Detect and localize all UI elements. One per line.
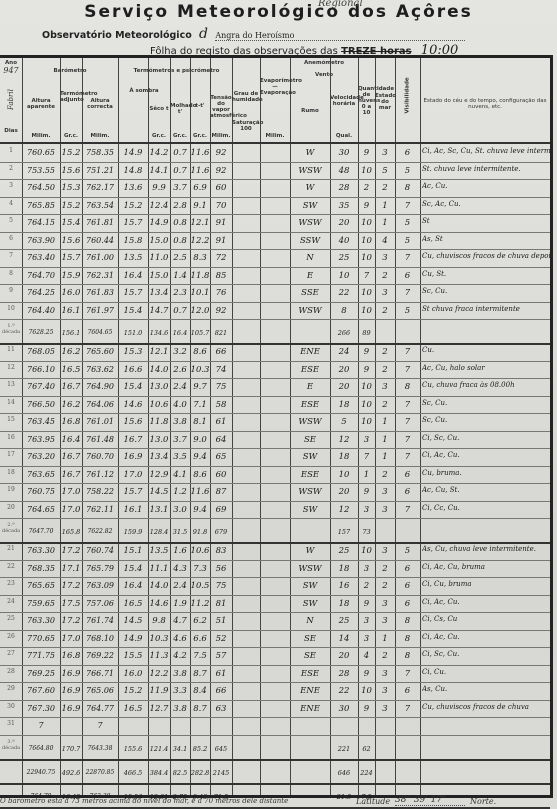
col-month: Fabril (8, 92, 14, 110)
weather-remark: Cu, chuviscos fracos de chuva depois das… (422, 252, 550, 260)
cell-seco: 14.5 (118, 616, 148, 626)
cell-seco: 15.7 (118, 288, 148, 298)
cell-vel: 221 (330, 745, 358, 753)
cell-molh: 11.3 (148, 651, 170, 661)
day-label: 2.ª década (2, 522, 20, 534)
cell-hum: 2145 (210, 769, 232, 777)
cell-term: 165.8 (60, 528, 82, 536)
unit-milim: Milim. (260, 133, 290, 139)
cell-neb: 10 (358, 417, 375, 427)
cell-neb: 7 (358, 452, 375, 462)
row-divider (0, 783, 550, 785)
cell-vel: 10 (330, 271, 358, 281)
cell-dif: 2.8 (170, 201, 190, 211)
cell-mar: 3 (375, 148, 395, 158)
cell-tens: 8.7 (190, 704, 210, 714)
cell-hum: 61 (210, 669, 232, 679)
row-divider (0, 431, 550, 432)
cell-alt: 760.75 (22, 487, 60, 496)
weather-remark: As, Cu. (422, 685, 550, 693)
cell-vis: 7 (395, 417, 420, 427)
day-label: 12 (2, 365, 20, 371)
cell-dif: 0.8 (170, 218, 190, 228)
cell-mar: 3 (375, 505, 395, 515)
cell-vel: 20 (330, 651, 358, 661)
row-divider (0, 232, 550, 233)
cell-term: 17.0 (60, 505, 82, 515)
cell-alt: 764.25 (22, 288, 60, 297)
cell-seco: 16.0 (118, 669, 148, 679)
cell-term: 16.5 (60, 365, 82, 375)
cell-rumo: E (290, 271, 330, 281)
cell-term: 16.0 (60, 288, 82, 298)
cell-term: 17.2 (60, 581, 82, 591)
observatory-prep: d (199, 26, 208, 42)
cell-molh: 15.0 (148, 271, 170, 281)
cell-neb: 10 (358, 306, 375, 316)
cell-vis: 5 (395, 306, 420, 316)
weather-remark: Ci, Ac, Cu. (422, 451, 550, 459)
cell-alt: 763.45 (22, 417, 60, 426)
cell-molh: 13.5 (148, 546, 170, 556)
cell-seco: 15.1 (118, 546, 148, 556)
day-label: 5 (2, 218, 20, 224)
footer-note: O barómetro está a 73 metros acima do ní… (0, 797, 288, 805)
observatory-label: Observatório Meteorológico (42, 30, 192, 41)
cell-rumo: SSW (290, 236, 330, 246)
weather-remark: As, St (422, 235, 550, 243)
cell-molh: 384.4 (148, 769, 170, 777)
latitude-value: 38° 39' 17" (395, 795, 465, 806)
cell-alt: 765.85 (22, 201, 60, 210)
weather-remark: Cu, chuviscos fracos de chuva (422, 703, 550, 711)
cell-tens: 7.5 (190, 651, 210, 661)
cell-dif: 4.2 (170, 651, 190, 661)
cell-hum: 92 (210, 148, 232, 158)
cell-mar: 2 (375, 183, 395, 193)
observatory-place: Angra do Heroísmo (215, 31, 465, 41)
cell-tens: 282.8 (190, 769, 210, 777)
row-divider (0, 560, 550, 561)
cell-hum: 65 (210, 452, 232, 462)
cell-term: 17.0 (60, 487, 82, 497)
cell-mar: 2 (375, 271, 395, 281)
cell-vel: 40 (330, 236, 358, 246)
cell-mar: 3 (375, 669, 395, 679)
row-divider (0, 319, 550, 320)
cell-rumo: N (290, 253, 330, 263)
day-label: 20 (2, 505, 20, 511)
cell-dif: 3.2 (170, 347, 190, 357)
row-divider (0, 378, 550, 379)
cell-corr: 7643.38 (82, 745, 118, 752)
cell-seco: 14.9 (118, 148, 148, 158)
cell-neb: 2 (358, 581, 375, 591)
cell-neb: 224 (358, 769, 375, 777)
column-divider (260, 58, 261, 795)
cell-term: 17.2 (60, 616, 82, 626)
cell-alt: 753.55 (22, 166, 60, 175)
cell-hum: 64 (210, 435, 232, 445)
cell-dif: 3.8 (170, 669, 190, 679)
cell-mar: 1 (375, 452, 395, 462)
cell-dif: 2.4 (170, 581, 190, 591)
cell-vis: 5 (395, 546, 420, 556)
cell-seco: 16.9 (118, 452, 148, 462)
column-divider (232, 58, 233, 795)
cell-seco: 15.8 (118, 236, 148, 246)
cell-alt: 763.30 (22, 616, 60, 625)
cell-term: 15.2 (60, 148, 82, 158)
cell-tens: 8.3 (190, 253, 210, 263)
cell-corr: 761.01 (82, 417, 118, 426)
cell-tens: 9.0 (190, 435, 210, 445)
col-a-sombra: À sombra (118, 88, 170, 94)
cell-tens: 8.4 (190, 686, 210, 696)
cell-alt: 763.65 (22, 470, 60, 479)
cell-dif: 3.5 (170, 452, 190, 462)
unit-grc: Gr.c. (170, 133, 190, 139)
cell-molh: 11.8 (148, 417, 170, 427)
cell-corr: 763.62 (82, 365, 118, 374)
cell-mar: 1 (375, 634, 395, 644)
cell-mar: 2 (375, 651, 395, 661)
cell-vis: 5 (395, 218, 420, 228)
weather-remark: St (422, 217, 550, 225)
cell-hum: 645 (210, 745, 232, 753)
cell-tens: 6.9 (190, 183, 210, 193)
cell-term: 156.1 (60, 329, 82, 337)
cell-molh: 14.5 (148, 487, 170, 497)
cell-rumo: SE (290, 651, 330, 661)
cell-corr: 758.35 (82, 148, 118, 157)
day-label: 29 (2, 686, 20, 692)
row-divider (0, 665, 550, 666)
day-label: 19 (2, 487, 20, 493)
cell-seco: 13.6 (118, 183, 148, 193)
cell-vis: 7 (395, 365, 420, 375)
latitude-suffix: Norte. (470, 797, 496, 806)
cell-hum: 72 (210, 253, 232, 263)
cell-mar: 1 (375, 218, 395, 228)
cell-rumo: ENE (290, 686, 330, 696)
cell-dif: 1.6 (170, 546, 190, 556)
cell-rumo: SSE (290, 288, 330, 298)
cell-rumo: ESE (290, 470, 330, 480)
weather-remark: St. chuva leve intermitente. (422, 165, 550, 173)
day-label: 8 (2, 271, 20, 277)
cell-neb: 9 (358, 599, 375, 609)
cell-alt: 764.70 (22, 271, 60, 280)
cell-neb: 7 (358, 271, 375, 281)
row-divider (0, 413, 550, 414)
cell-seco: 16.1 (118, 505, 148, 515)
cell-neb: 3 (358, 634, 375, 644)
cell-rumo: ENE (290, 347, 330, 357)
cell-rumo: WSW (290, 564, 330, 574)
cell-neb: 9 (358, 148, 375, 158)
cell-neb: 9 (358, 201, 375, 211)
cell-neb: 9 (358, 347, 375, 357)
row-divider (0, 162, 550, 163)
cell-vis: 8 (395, 382, 420, 392)
cell-tens: 9.4 (190, 452, 210, 462)
cell-vel: 24 (330, 347, 358, 357)
cell-rumo: E (290, 382, 330, 392)
cell-alt: 764.50 (22, 183, 60, 192)
day-label: 13 (2, 382, 20, 388)
cell-term: 16.9 (60, 704, 82, 714)
cell-term: 17.2 (60, 546, 82, 556)
cell-term: 17.0 (60, 634, 82, 644)
day-label: 2 (2, 166, 20, 172)
cell-dif: 16.4 (170, 329, 190, 337)
cell-rumo: WSW (290, 166, 330, 176)
cell-vel: 28 (330, 669, 358, 679)
cell-mar: 2 (375, 347, 395, 357)
weather-remark: Ci, Sc, Cu. (422, 650, 550, 658)
row-divider (0, 361, 550, 362)
cell-seco: 14.6 (118, 400, 148, 410)
cell-tens: 8.6 (190, 470, 210, 480)
cell-vel: 20 (330, 382, 358, 392)
cell-mar: 2 (375, 564, 395, 574)
weather-remark: As, Cu, chuva leve intermitente. (422, 545, 550, 553)
cell-molh: 14.0 (148, 365, 170, 375)
observation-sheet: Serviço Meteorológico dos Açôres Regiona… (0, 0, 557, 809)
row-divider (0, 682, 550, 683)
cell-tens: 10.1 (190, 288, 210, 298)
unit-milim: Milim. (210, 133, 232, 139)
cell-molh: 14.6 (148, 599, 170, 609)
cell-neb: 10 (358, 218, 375, 228)
cell-tens: 11.2 (190, 599, 210, 609)
cell-seco: 13.5 (118, 253, 148, 263)
cell-vel: 28 (330, 183, 358, 193)
cell-mar: 3 (375, 704, 395, 714)
weather-remark: Ci, Ac, Sc, Cu, St. chuva leve intermite… (422, 147, 550, 155)
row-divider (0, 249, 550, 250)
cell-neb: 1 (358, 470, 375, 480)
cell-vis: 5 (395, 166, 420, 176)
cell-alt: 768.35 (22, 564, 60, 573)
cell-alt: 764.65 (22, 505, 60, 514)
page-title: Serviço Meteorológico dos Açôres (0, 2, 557, 22)
cell-hum: 75 (210, 382, 232, 392)
cell-seco: 159.9 (118, 528, 148, 536)
cell-dif: 1.4 (170, 271, 190, 281)
row-divider (0, 483, 550, 484)
cell-molh: 13.4 (148, 288, 170, 298)
cell-rumo: W (290, 546, 330, 556)
cell-mar: 1 (375, 417, 395, 427)
cell-vel: 157 (330, 528, 358, 536)
row-divider (0, 396, 550, 397)
cell-tens: 85.2 (190, 745, 210, 753)
cell-alt: 767.40 (22, 382, 60, 391)
cell-alt: 7664.80 (22, 745, 60, 752)
cell-corr: 761.83 (82, 288, 118, 297)
cell-rumo: W (290, 183, 330, 193)
cell-dif: 4.0 (170, 400, 190, 410)
cell-tens: 6.2 (190, 616, 210, 626)
cell-hum: 56 (210, 564, 232, 574)
weather-remark: St chuva fraca intermitente (422, 305, 550, 313)
cell-vel: 20 (330, 487, 358, 497)
cell-hum: 74 (210, 365, 232, 375)
row-divider (0, 807, 550, 809)
cell-vis: 6 (395, 148, 420, 158)
cell-dif: 3.8 (170, 417, 190, 427)
cell-mar: 3 (375, 487, 395, 497)
unit-qual: Qual. (330, 133, 358, 139)
cell-neb: 10 (358, 400, 375, 410)
cell-corr: 761.81 (82, 218, 118, 227)
cell-hum: 83 (210, 546, 232, 556)
day-label: 15 (2, 417, 20, 423)
cell-vis: 7 (395, 505, 420, 515)
cell-molh: 15.0 (148, 236, 170, 246)
cell-vel: 48 (330, 166, 358, 176)
cell-tens: 91.8 (190, 528, 210, 536)
cell-vel: 18 (330, 400, 358, 410)
cell-mar: 1 (375, 435, 395, 445)
cell-tens: 8.7 (190, 669, 210, 679)
cell-vis: 8 (395, 616, 420, 626)
cell-molh: 14.9 (148, 218, 170, 228)
cell-hum: 52 (210, 634, 232, 644)
col-termometro-adjunto: Termómetro adjunto (60, 91, 82, 103)
cell-neb: 62 (358, 745, 375, 753)
cell-mar: 3 (375, 253, 395, 263)
cell-hum: 51 (210, 616, 232, 626)
cell-tens: 11.6 (190, 148, 210, 158)
cell-mar: 3 (375, 616, 395, 626)
cell-vel: 30 (330, 704, 358, 714)
unit-grc: Gr.c. (60, 133, 82, 139)
cell-alt: 766.50 (22, 400, 60, 409)
row-divider (0, 595, 550, 596)
cell-term: 15.4 (60, 218, 82, 228)
row-divider (0, 735, 550, 736)
col-mar: Estado do mar (375, 93, 395, 111)
day-label: 22 (2, 564, 20, 570)
cell-vis: 6 (395, 470, 420, 480)
cell-hum: 679 (210, 528, 232, 536)
day-label: 24 (2, 599, 20, 605)
cell-molh: 12.9 (148, 470, 170, 480)
cell-mar: 3 (375, 288, 395, 298)
observation-table: Ano947FabrilDiasBarómetroAltura aparente… (0, 55, 553, 798)
weather-remark: Ci, Ac, Cu. (422, 633, 550, 641)
cell-term: 16.1 (60, 306, 82, 316)
cell-neb: 9 (358, 704, 375, 714)
cell-corr: 762.17 (82, 183, 118, 192)
weather-remark: Ci, Cs, Cu (422, 615, 550, 623)
cell-hum: 63 (210, 704, 232, 714)
cell-corr: 757.06 (82, 599, 118, 608)
cell-mar: 2 (375, 306, 395, 316)
cell-rumo: ESE (290, 669, 330, 679)
cell-corr: 760.70 (82, 452, 118, 461)
day-label: 21 (2, 546, 20, 552)
cell-corr: 765.79 (82, 564, 118, 573)
cell-dif: 3.8 (170, 704, 190, 714)
cell-mar: 3 (375, 599, 395, 609)
row-divider (0, 612, 550, 613)
cell-vis: 8 (395, 183, 420, 193)
row-divider (0, 343, 550, 345)
day-label: 7 (2, 253, 20, 259)
cell-mar: 1 (375, 201, 395, 211)
cell-hum: 92 (210, 166, 232, 176)
cell-vis: 7 (395, 288, 420, 298)
cell-vis: 6 (395, 564, 420, 574)
day-label: 3.ª década (2, 739, 20, 751)
cell-corr: 7604.65 (82, 329, 118, 336)
cell-molh: 12.2 (148, 669, 170, 679)
cell-dif: 4.3 (170, 564, 190, 574)
cell-term: 17.5 (60, 599, 82, 609)
cell-corr: 761.48 (82, 435, 118, 444)
cell-seco: 15.3 (118, 347, 148, 357)
cell-vis: 6 (395, 686, 420, 696)
row-divider (0, 197, 550, 198)
cell-hum: 70 (210, 201, 232, 211)
cell-mar: 2 (375, 365, 395, 375)
cell-tens: 11.8 (190, 271, 210, 281)
cell-alt: 22940.75 (22, 769, 60, 776)
cell-rumo: SW (290, 581, 330, 591)
cell-corr: 765.60 (82, 347, 118, 356)
cell-neb: 4 (358, 651, 375, 661)
cell-seco: 14.8 (118, 166, 148, 176)
cell-tens: 6.6 (190, 634, 210, 644)
cell-term: 15.7 (60, 253, 82, 263)
cell-alt: 763.30 (22, 546, 60, 555)
cell-seco: 15.4 (118, 306, 148, 316)
cell-tens: 9.1 (190, 201, 210, 211)
cell-corr: 758.22 (82, 487, 118, 496)
day-label: 16 (2, 435, 20, 441)
cell-neb: 3 (358, 616, 375, 626)
cell-tens: 10.5 (190, 581, 210, 591)
weather-remark: Ac, Cu, halo solar (422, 364, 550, 372)
cell-seco: 17.0 (118, 470, 148, 480)
weather-remark: Ac, Cu. (422, 182, 550, 190)
cell-molh: 13.0 (148, 382, 170, 392)
cell-dif: 3.7 (170, 435, 190, 445)
cell-seco: 155.6 (118, 745, 148, 753)
cell-seco: 15.7 (118, 218, 148, 228)
cell-vel: 5 (330, 417, 358, 427)
cell-neb: 10 (358, 686, 375, 696)
cell-hum: 75 (210, 581, 232, 591)
cell-seco: 16.7 (118, 435, 148, 445)
cell-mar: 5 (375, 166, 395, 176)
cell-vis: 8 (395, 634, 420, 644)
row-divider (0, 501, 550, 502)
cell-dif: 2.6 (170, 365, 190, 375)
cell-hum: 91 (210, 218, 232, 228)
cell-seco: 16.5 (118, 704, 148, 714)
cell-tens: 7.1 (190, 400, 210, 410)
day-label: 18 (2, 470, 20, 476)
cell-tens: 8.6 (190, 347, 210, 357)
col-altura-correcta: Altura correcta (82, 98, 118, 110)
col-t-diff: t-t' (190, 103, 210, 109)
cell-seco: 15.7 (118, 487, 148, 497)
